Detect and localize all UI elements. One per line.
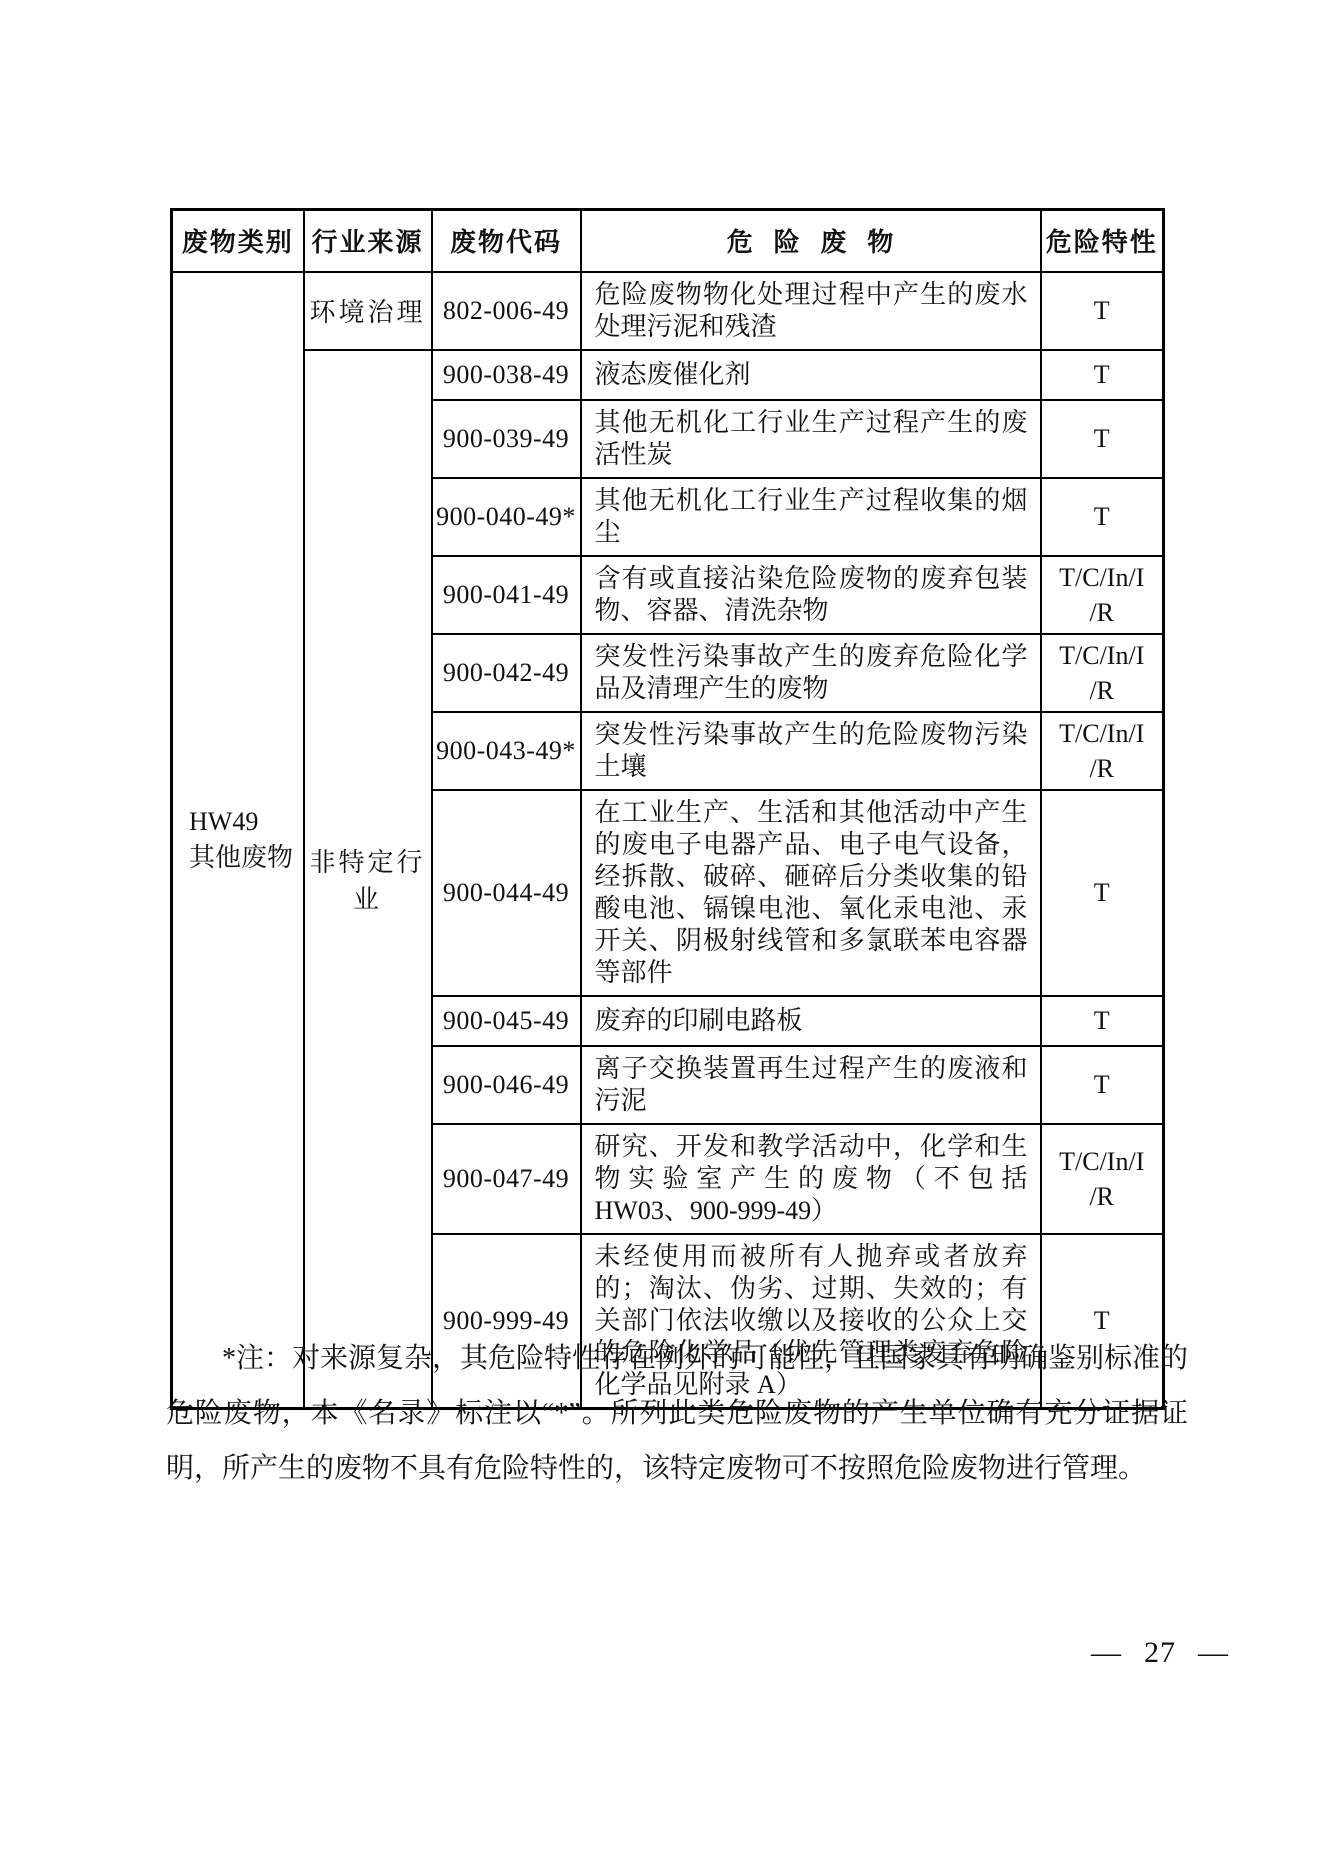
- waste-code-cell: 802-006-49: [432, 272, 581, 350]
- waste-desc-cell: 废弃的印刷电路板: [581, 996, 1041, 1046]
- waste-code-cell: 900-047-49: [432, 1124, 581, 1234]
- header-hazardous-waste: 危险废物: [581, 210, 1041, 272]
- hazard-char-cell: T/C/In/I /R: [1041, 712, 1164, 790]
- hazard-char-cell: T/C/In/I /R: [1041, 634, 1164, 712]
- waste-code-cell: 900-043-49*: [432, 712, 581, 790]
- waste-code-cell: 900-040-49*: [432, 478, 581, 556]
- header-waste-code: 废物代码: [432, 210, 581, 272]
- footer-dash-right: —: [1198, 1636, 1229, 1669]
- waste-desc-cell: 研究、开发和教学活动中，化学和生物实验室产生的废物（不包括 HW03、900-9…: [581, 1124, 1041, 1234]
- waste-code-cell: 900-039-49: [432, 400, 581, 478]
- waste-code-cell: 900-041-49: [432, 556, 581, 634]
- waste-desc-cell: 在工业生产、生活和其他活动中产生的废电子电器产品、电子电气设备，经拆散、破碎、砸…: [581, 790, 1041, 996]
- industry-source-cell: 非特定行业: [304, 350, 432, 1409]
- hazard-char-cell: T: [1041, 400, 1164, 478]
- hazard-char-cell: T: [1041, 1046, 1164, 1124]
- hazard-char-cell: T: [1041, 350, 1164, 400]
- waste-desc-cell: 液态废催化剂: [581, 350, 1041, 400]
- page-footer: —27—: [1040, 1636, 1280, 1670]
- waste-desc-cell: 突发性污染事故产生的危险废物污染土壤: [581, 712, 1041, 790]
- table-row: HW49 其他废物 环境治理 802-006-49 危险废物物化处理过程中产生的…: [172, 272, 1164, 350]
- waste-code-cell: 900-046-49: [432, 1046, 581, 1124]
- document-page: 废物类别 行业来源 废物代码 危险废物 危险特性 HW49 其他废物 环境治理 …: [0, 0, 1323, 1871]
- footnote: *注：对来源复杂，其危险特性存在例外的可能性，且国家具有明确鉴别标准的危险废物，…: [166, 1331, 1188, 1496]
- table-header-row: 废物类别 行业来源 废物代码 危险废物 危险特性: [172, 210, 1164, 272]
- header-hazard-characteristic: 危险特性: [1041, 210, 1164, 272]
- waste-code-cell: 900-045-49: [432, 996, 581, 1046]
- header-industry-source: 行业来源: [304, 210, 432, 272]
- waste-code-cell: 900-044-49: [432, 790, 581, 996]
- waste-category-cell: HW49 其他废物: [172, 272, 304, 1409]
- waste-desc-cell: 其他无机化工行业生产过程收集的烟尘: [581, 478, 1041, 556]
- waste-code-cell: 900-042-49: [432, 634, 581, 712]
- page-number: 27: [1144, 1636, 1176, 1669]
- waste-code-cell: 900-038-49: [432, 350, 581, 400]
- footer-dash-left: —: [1091, 1636, 1122, 1669]
- header-waste-category: 废物类别: [172, 210, 304, 272]
- hazardous-waste-table: 废物类别 行业来源 废物代码 危险废物 危险特性 HW49 其他废物 环境治理 …: [170, 208, 1165, 1410]
- waste-desc-cell: 离子交换装置再生过程产生的废液和污泥: [581, 1046, 1041, 1124]
- hazard-char-cell: T/C/In/I /R: [1041, 556, 1164, 634]
- waste-desc-cell: 其他无机化工行业生产过程产生的废活性炭: [581, 400, 1041, 478]
- table-row: 非特定行业 900-038-49 液态废催化剂 T: [172, 350, 1164, 400]
- waste-desc-cell: 含有或直接沾染危险废物的废弃包装物、容器、清洗杂物: [581, 556, 1041, 634]
- hazard-char-cell: T: [1041, 272, 1164, 350]
- waste-desc-cell: 危险废物物化处理过程中产生的废水处理污泥和残渣: [581, 272, 1041, 350]
- industry-source-cell: 环境治理: [304, 272, 432, 350]
- hazard-char-cell: T: [1041, 478, 1164, 556]
- hazard-char-cell: T: [1041, 790, 1164, 996]
- waste-desc-cell: 突发性污染事故产生的废弃危险化学品及清理产生的废物: [581, 634, 1041, 712]
- hazard-char-cell: T: [1041, 996, 1164, 1046]
- hazard-char-cell: T/C/In/I /R: [1041, 1124, 1164, 1234]
